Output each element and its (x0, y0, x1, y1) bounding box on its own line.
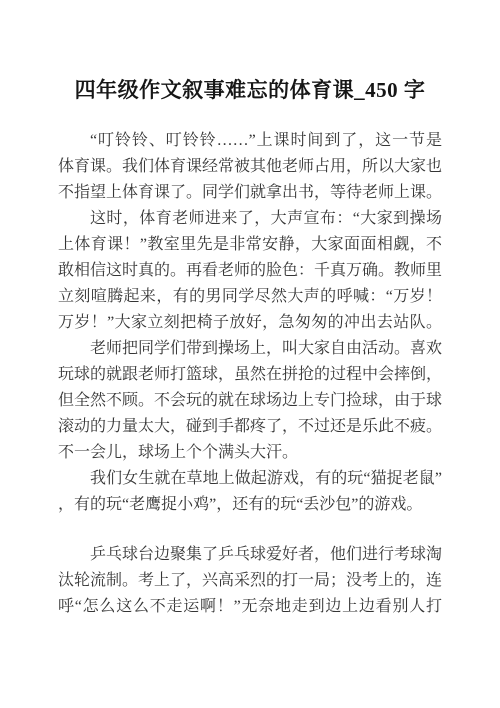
essay-paragraph: 老师把同学们带到操场上，叫大家自由活动。喜欢玩球的就跟老师打篮球，虽然在拼抢的过… (58, 336, 442, 466)
essay-page: 四年级作文叙事难忘的体育课_450 字 “叮铃铃、叮铃铃……”上课时间到了，这一… (0, 0, 500, 708)
essay-line: 滚动的力量太大，碰到手都疼了，不过还是乐此不疲。 (58, 414, 442, 440)
essay-line: 但全然不顾。不会玩的就在球场边上专门捡球，由于球 (58, 388, 442, 414)
essay-line: 我们女生就在草地上做起游戏，有的玩“猫捉老鼠” (58, 466, 442, 492)
essay-line: ，有的玩“老鹰捉小鸡”，还有的玩“丢沙包”的游戏。 (58, 492, 442, 518)
essay-line: 上体育课！”教室里先是非常安静，大家面面相觑，不 (58, 232, 442, 258)
essay-line: 呼“怎么这么不走运啊！”无奈地走到边上边看别人打 (58, 594, 442, 620)
essay-line: 万岁！”大家立刻把椅子放好，急匆匆的冲出去站队。 (58, 310, 442, 336)
essay-body: “叮铃铃、叮铃铃……”上课时间到了，这一节是体育课。我们体育课经常被其他老师占用… (58, 128, 442, 620)
essay-paragraph: 这时，体育老师进来了，大声宣布：“大家到操场上体育课！”教室里先是非常安静，大家… (58, 206, 442, 336)
essay-line: “叮铃铃、叮铃铃……”上课时间到了，这一节是 (58, 128, 442, 154)
essay-line: 立刻喧腾起来，有的男同学尽然大声的呼喊：“万岁！ (58, 284, 442, 310)
essay-line: 不一会儿，球场上个个满头大汗。 (58, 440, 442, 466)
essay-line: 不指望上体育课了。同学们就拿出书，等待老师上课。 (58, 180, 442, 206)
essay-line: 乒乓球台边聚集了乒乓球爱好者，他们进行考球淘 (58, 542, 442, 568)
essay-line: 汰轮流制。考上了，兴高采烈的打一局；没考上的，连 (58, 568, 442, 594)
essay-paragraph: “叮铃铃、叮铃铃……”上课时间到了，这一节是体育课。我们体育课经常被其他老师占用… (58, 128, 442, 206)
essay-line: 老师把同学们带到操场上，叫大家自由活动。喜欢 (58, 336, 442, 362)
essay-title: 四年级作文叙事难忘的体育课_450 字 (0, 74, 500, 104)
essay-line: 敢相信这时真的。再看老师的脸色：千真万确。教师里 (58, 258, 442, 284)
essay-paragraph: 乒乓球台边聚集了乒乓球爱好者，他们进行考球淘汰轮流制。考上了，兴高采烈的打一局；… (58, 542, 442, 620)
essay-line: 体育课。我们体育课经常被其他老师占用，所以大家也 (58, 154, 442, 180)
essay-paragraph: 我们女生就在草地上做起游戏，有的玩“猫捉老鼠”，有的玩“老鹰捉小鸡”，还有的玩“… (58, 466, 442, 518)
essay-line: 这时，体育老师进来了，大声宣布：“大家到操场 (58, 206, 442, 232)
essay-line: 玩球的就跟老师打篮球，虽然在拼抢的过程中会摔倒， (58, 362, 442, 388)
